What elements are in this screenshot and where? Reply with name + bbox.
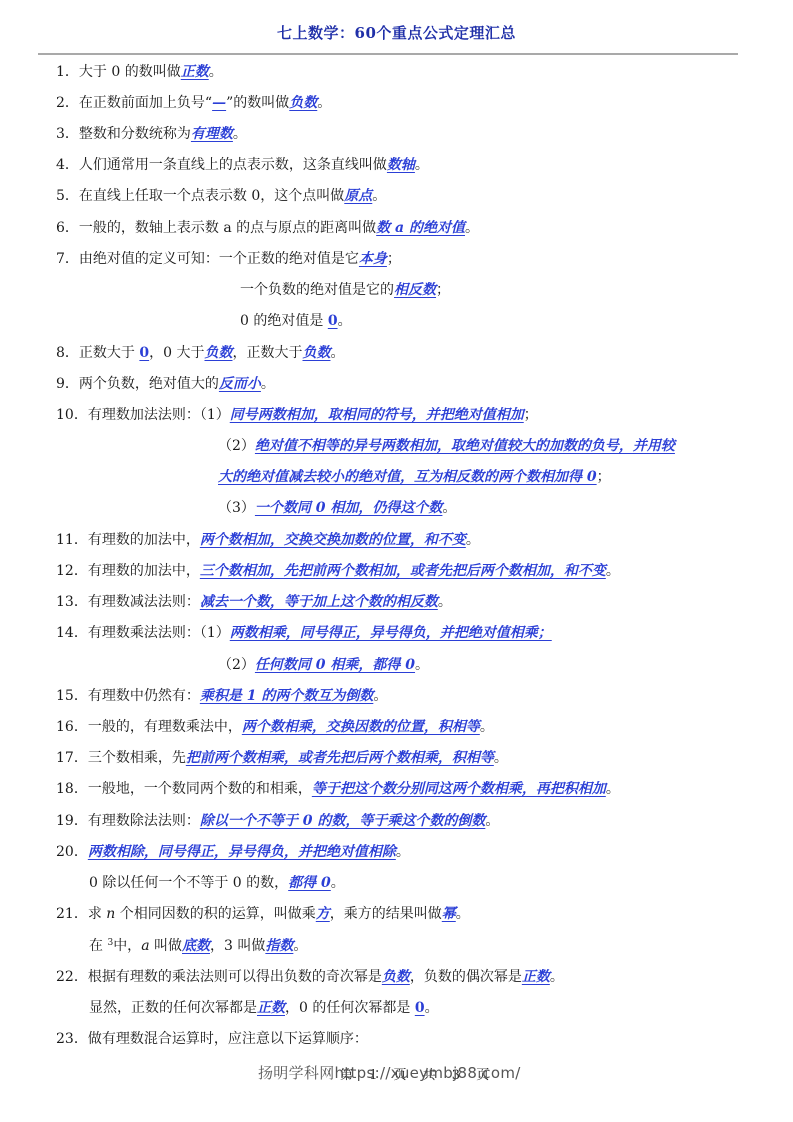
- item-text: 整数和分数统称为: [79, 126, 191, 142]
- item-number: 11．: [56, 532, 88, 548]
- item-text: 。: [438, 594, 452, 610]
- item-text: 在正数前面加上负号“: [79, 95, 212, 111]
- item-text: ；: [436, 282, 450, 298]
- page-footer: 第 1 页 共 3 页 扬明学科网https://xueymbj88.com/: [0, 1062, 793, 1084]
- item-text: ，乘方的结果叫做: [330, 906, 442, 922]
- item-20-line-2: 0 除以任何一个不等于 0 的数，都得 0。: [89, 873, 345, 893]
- item-text: 由绝对值的定义可知：一个正数的绝对值是它: [79, 251, 359, 267]
- item-number: 22．: [56, 969, 88, 985]
- item-4: 4．人们通常用一条直线上的点表示数，这条直线叫做数轴。: [56, 155, 429, 175]
- item-text: 。: [606, 563, 620, 579]
- item-22: 22．根据有理数的乘法法则可以得出负数的奇次幂是负数，负数的偶次幂是正数。: [56, 967, 564, 987]
- item-23: 23．做有理数混合运算时，应注意以下运算顺序：: [56, 1029, 368, 1049]
- item-text: 。: [372, 188, 386, 204]
- answer-blank: 乘积是 1 的两个数互为倒数: [200, 688, 374, 704]
- sub-label: （3）: [218, 500, 255, 516]
- variable-n: n: [106, 906, 115, 922]
- item-text: ，正数大于: [232, 345, 302, 361]
- item-text: ；: [597, 469, 611, 485]
- sub-label: （2）: [218, 438, 255, 454]
- item-12: 12．有理数的加法中，三个数相加，先把前两个数相加，或者先把后两个数相加，和不变…: [56, 561, 620, 581]
- item-number: 3．: [56, 126, 79, 142]
- sub-label: （1）: [200, 407, 230, 423]
- watermark: 扬明学科网https://xueymbj88.com/: [258, 1062, 521, 1083]
- item-text: 在直线上任取一个点表示数 0，这个点叫做: [79, 188, 344, 204]
- item-number: 5．: [56, 188, 79, 204]
- item-number: 18．: [56, 781, 88, 797]
- item-2: 2．在正数前面加上负号“—”的数叫做负数。: [56, 93, 331, 113]
- item-number: 1．: [56, 64, 79, 80]
- item-text: 做有理数混合运算时，应注意以下运算顺序：: [88, 1031, 368, 1047]
- answer-blank: 两数相除，同号得正，异号得负，并把绝对值相除: [88, 844, 396, 860]
- item-text: 两个负数，绝对值大的: [79, 376, 219, 392]
- answer-blank: 反而小: [219, 376, 261, 392]
- item-text: 有理数中仍然有：: [88, 688, 200, 704]
- item-number: 21．: [56, 906, 88, 922]
- item-10-part-2-cont: 大的绝对值减去较小的绝对值，互为相反数的两个数相加得 0；: [218, 467, 611, 487]
- item-9: 9．两个负数，绝对值大的反而小。: [56, 374, 275, 394]
- item-6: 6．一般的，数轴上表示数 a 的点与原点的距离叫做数 a 的绝对值。: [56, 218, 479, 238]
- answer-blank: 两个数相加，交换交换加数的位置，和不变: [200, 532, 466, 548]
- item-7-line-2: 一个负数的绝对值是它的相反数；: [240, 280, 450, 300]
- answer-blank: 除以一个不等于 0 的数，等于乘这个数的倒数: [200, 813, 486, 829]
- answer-blank: 正数: [257, 1000, 285, 1016]
- item-text: 叫做: [150, 938, 182, 954]
- item-number: 20．: [56, 844, 88, 860]
- item-number: 23．: [56, 1031, 88, 1047]
- item-3: 3．整数和分数统称为有理数。: [56, 124, 247, 144]
- item-text: 。: [494, 750, 508, 766]
- item-text: 求: [88, 906, 106, 922]
- item-text: 。: [415, 657, 429, 673]
- answer-blank: 正数: [522, 969, 550, 985]
- item-text: 显然，正数的任何次幂都是: [89, 1000, 257, 1016]
- item-number: 9．: [56, 376, 79, 392]
- item-text: 。: [480, 719, 494, 735]
- item-text: 0 的绝对值是: [240, 313, 328, 329]
- item-19: 19．有理数除法法则：除以一个不等于 0 的数，等于乘这个数的倒数。: [56, 811, 499, 831]
- item-text: 。: [209, 64, 223, 80]
- item-number: 4．: [56, 157, 79, 173]
- answer-blank: 两数相乘，同号得正，异号得负，并把绝对值相乘；: [230, 625, 552, 641]
- item-text: 正数大于: [79, 345, 139, 361]
- item-text: 。: [466, 532, 480, 548]
- item-number: 12．: [56, 563, 88, 579]
- item-text: 有理数的加法中，: [88, 563, 200, 579]
- item-text: 0 除以任何一个不等于 0 的数，: [89, 875, 288, 891]
- item-text: 。: [233, 126, 247, 142]
- item-text: 中，: [113, 938, 141, 954]
- item-text: 有理数除法法则：: [88, 813, 200, 829]
- item-number: 2．: [56, 95, 79, 111]
- item-text: 。: [293, 938, 307, 954]
- item-21: 21．求 n 个相同因数的积的运算，叫做乘方，乘方的结果叫做幂。: [56, 904, 470, 924]
- answer-blank: 数轴: [387, 157, 415, 173]
- item-text: 。: [485, 813, 499, 829]
- answer-blank: 有理数: [191, 126, 233, 142]
- item-8: 8．正数大于 0，0 大于负数，正数大于负数。: [56, 343, 344, 363]
- item-15: 15．有理数中仍然有：乘积是 1 的两个数互为倒数。: [56, 686, 387, 706]
- item-number: 19．: [56, 813, 88, 829]
- item-21-line-2: 在 3中，a 叫做底数，3 叫做指数。: [89, 936, 307, 956]
- item-17: 17．三个数相乘，先把前两个数相乘，或者先把后两个数相乘，积相等。: [56, 748, 508, 768]
- answer-blank: 减去一个数，等于加上这个数的相反数: [200, 594, 438, 610]
- answer-blank: 0: [139, 345, 149, 361]
- item-text: 。: [425, 1000, 439, 1016]
- item-7: 7．由绝对值的定义可知：一个正数的绝对值是它本身；: [56, 249, 401, 269]
- item-number: 6．: [56, 220, 79, 236]
- item-14: 14．有理数乘法法则：（1）两数相乘，同号得正，异号得负，并把绝对值相乘；: [56, 623, 552, 643]
- item-text: 。: [396, 844, 410, 860]
- item-11: 11．有理数的加法中，两个数相加，交换交换加数的位置，和不变。: [56, 530, 480, 550]
- item-number: 17．: [56, 750, 88, 766]
- answer-blank: 等于把这个数分别同这两个数相乘，再把积相加: [312, 781, 606, 797]
- item-text: 。: [465, 220, 479, 236]
- item-text: 。: [442, 500, 456, 516]
- answer-blank: 负数: [302, 345, 330, 361]
- answer-blank: 两个数相乘，交换因数的位置，积相等: [242, 719, 480, 735]
- answer-blank: 相反数: [394, 282, 436, 298]
- answer-blank: 数 a 的绝对值: [376, 220, 465, 236]
- item-13: 13．有理数减法法则：减去一个数，等于加上这个数的相反数。: [56, 592, 452, 612]
- item-1: 1．大于 0 的数叫做正数。: [56, 62, 223, 82]
- title-divider: [38, 53, 738, 55]
- item-text: 有理数的加法中，: [88, 532, 200, 548]
- item-text: 人们通常用一条直线上的点表示数，这条直线叫做: [79, 157, 387, 173]
- item-text: 一般的，有理数乘法中，: [88, 719, 242, 735]
- item-number: 10．: [56, 407, 88, 423]
- item-text: 根据有理数的乘法法则可以得出负数的奇次幂是: [88, 969, 382, 985]
- page-title: 七上数学：60个重点公式定理汇总: [0, 22, 793, 43]
- answer-blank: 大的绝对值减去较小的绝对值，互为相反数的两个数相加得 0: [218, 469, 597, 485]
- answer-blank: 都得 0: [288, 875, 331, 891]
- answer-blank: 任何数同 0 相乘，都得 0: [255, 657, 415, 673]
- item-text: 。: [330, 345, 344, 361]
- item-text: 。: [373, 688, 387, 704]
- sub-label: （2）: [218, 657, 255, 673]
- item-number: 8．: [56, 345, 79, 361]
- item-number: 14．: [56, 625, 88, 641]
- answer-blank: 0: [415, 1000, 425, 1016]
- item-text: ，3 叫做: [210, 938, 265, 954]
- item-14-part-2: （2）任何数同 0 相乘，都得 0。: [218, 655, 429, 675]
- item-number: 16．: [56, 719, 88, 735]
- answer-blank: 同号两数相加，取相同的符号，并把绝对值相加: [230, 407, 524, 423]
- item-text: 有理数乘法法则：: [88, 625, 200, 641]
- item-text: ，0 的任何次幂都是: [285, 1000, 415, 1016]
- item-number: 13．: [56, 594, 88, 610]
- item-text: 大于 0 的数叫做: [79, 64, 181, 80]
- item-text: ；: [387, 251, 401, 267]
- item-text: 。: [550, 969, 564, 985]
- item-5: 5．在直线上任取一个点表示数 0，这个点叫做原点。: [56, 186, 386, 206]
- answer-blank: 把前两个数相乘，或者先把后两个数相乘，积相等: [186, 750, 494, 766]
- item-18: 18．一般地，一个数同两个数的和相乘，等于把这个数分别同这两个数相乘，再把积相加…: [56, 779, 620, 799]
- item-text: ，0 大于: [149, 345, 204, 361]
- sub-label: （1）: [200, 625, 230, 641]
- item-text: ；: [524, 407, 538, 423]
- item-10-part-3: （3）一个数同 0 相加，仍得这个数。: [218, 498, 456, 518]
- answer-blank: 负数: [382, 969, 410, 985]
- item-number: 15．: [56, 688, 88, 704]
- item-20: 20．两数相除，同号得正，异号得负，并把绝对值相除。: [56, 842, 410, 862]
- answer-blank: —: [212, 95, 226, 111]
- item-text: ”的数叫做: [226, 95, 289, 111]
- answer-blank: 本身: [359, 251, 387, 267]
- answer-blank: 负数: [289, 95, 317, 111]
- answer-blank: 底数: [182, 938, 210, 954]
- item-text: 。: [331, 875, 345, 891]
- answer-blank: 一个数同 0 相加，仍得这个数: [255, 500, 443, 516]
- item-number: 7．: [56, 251, 79, 267]
- item-text: 。: [317, 95, 331, 111]
- answer-blank: 指数: [265, 938, 293, 954]
- exponent: 3: [107, 938, 113, 948]
- item-text: 。: [606, 781, 620, 797]
- item-text: 。: [415, 157, 429, 173]
- item-text: 三个数相乘，先: [88, 750, 186, 766]
- item-text: 有理数加法法则：: [88, 407, 200, 423]
- item-text: ，负数的偶次幂是: [410, 969, 522, 985]
- answer-blank: 幂: [442, 906, 456, 922]
- item-text: 在: [89, 938, 107, 954]
- item-7-line-3: 0 的绝对值是 0。: [240, 311, 352, 331]
- variable-a: a: [141, 938, 149, 954]
- item-text: 。: [261, 376, 275, 392]
- item-text: 一般的，数轴上表示数 a 的点与原点的距离叫做: [79, 220, 376, 236]
- item-16: 16．一般的，有理数乘法中，两个数相乘，交换因数的位置，积相等。: [56, 717, 494, 737]
- answer-blank: 三个数相加，先把前两个数相加，或者先把后两个数相加，和不变: [200, 563, 606, 579]
- item-text: 。: [338, 313, 352, 329]
- item-text: 个相同因数的积的运算，叫做乘: [115, 906, 315, 922]
- answer-blank: 绝对值不相等的异号两数相加，取绝对值较大的加数的负号，并用较: [255, 438, 675, 454]
- item-22-line-2: 显然，正数的任何次幂都是正数，0 的任何次幂都是 0。: [89, 998, 439, 1018]
- item-10: 10．有理数加法法则：（1）同号两数相加，取相同的符号，并把绝对值相加；: [56, 405, 538, 425]
- item-text: 。: [456, 906, 470, 922]
- item-10-part-2: （2）绝对值不相等的异号两数相加，取绝对值较大的加数的负号，并用较: [218, 436, 675, 456]
- answer-blank: 原点: [344, 188, 372, 204]
- answer-blank: 正数: [181, 64, 209, 80]
- item-text: 有理数减法法则：: [88, 594, 200, 610]
- answer-blank: 负数: [204, 345, 232, 361]
- item-text: 一般地，一个数同两个数的和相乘，: [88, 781, 312, 797]
- answer-blank: 0: [328, 313, 338, 329]
- answer-blank: 方: [316, 906, 330, 922]
- item-text: 一个负数的绝对值是它的: [240, 282, 394, 298]
